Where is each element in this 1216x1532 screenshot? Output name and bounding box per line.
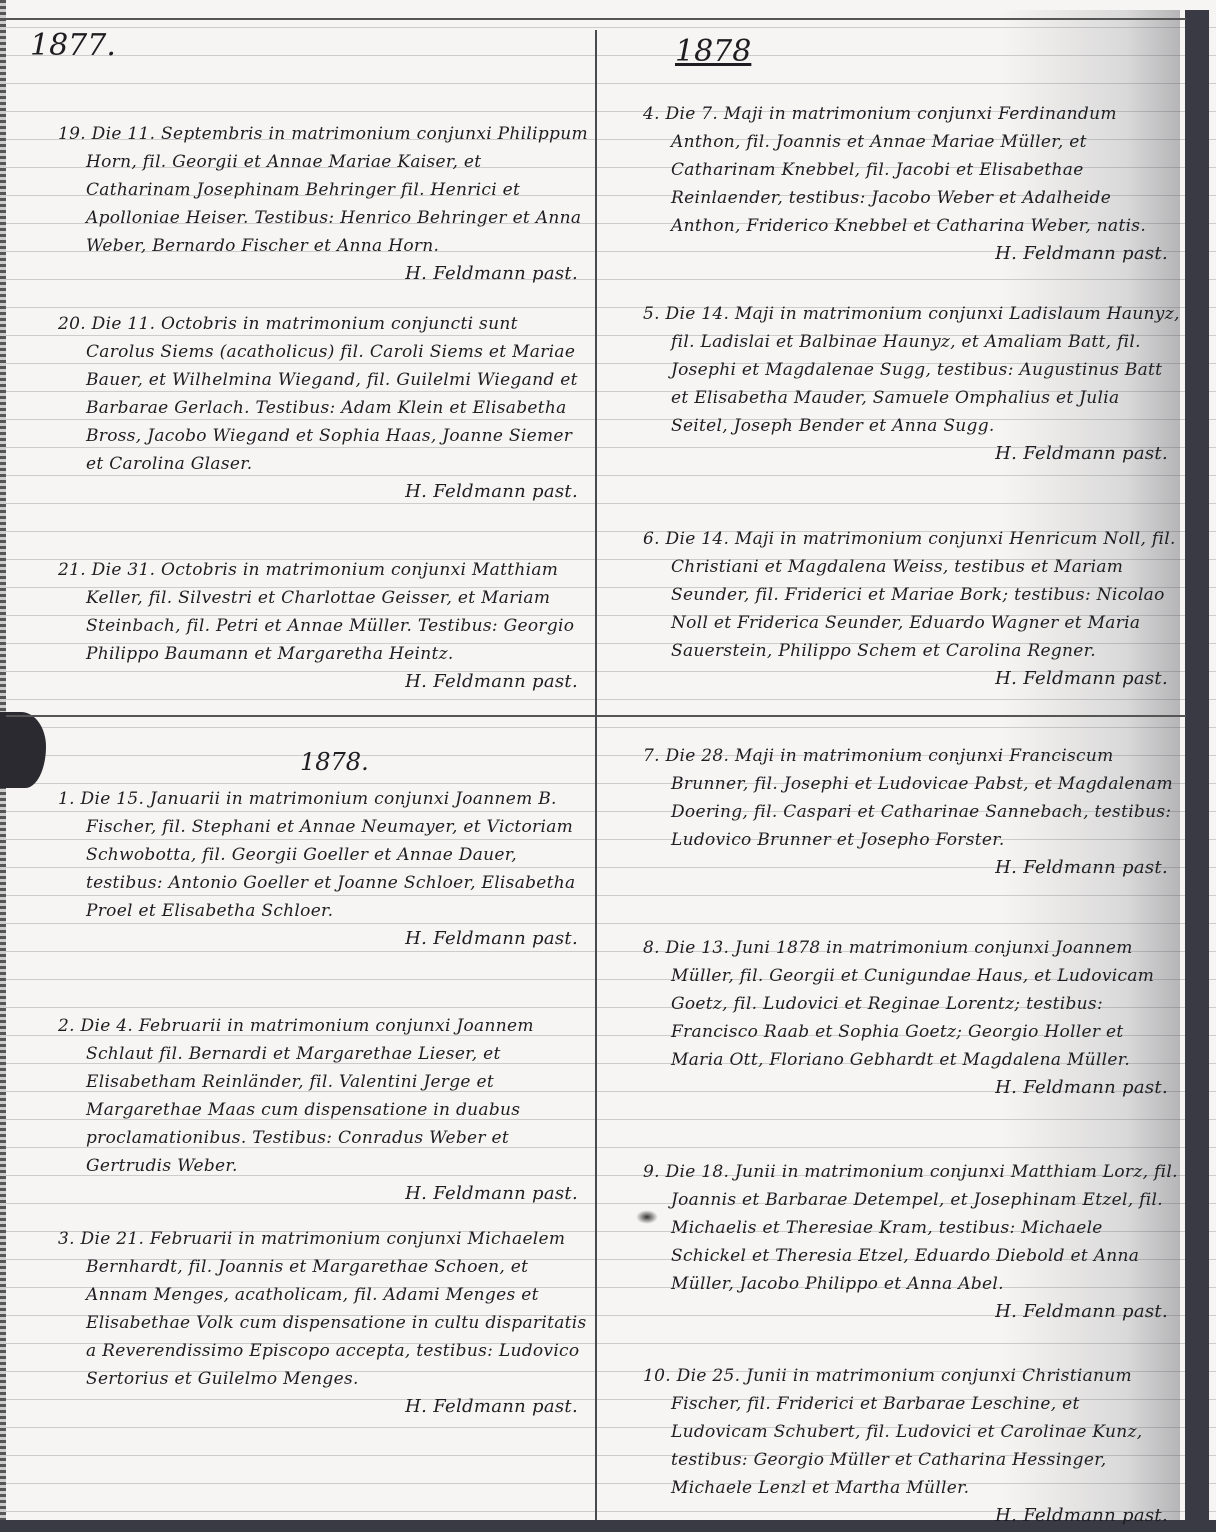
pastor-signature: H. Feldmann past. [615,440,1180,468]
pastor-signature: H. Feldmann past. [615,854,1180,882]
pastor-signature: H. Feldmann past. [615,665,1180,693]
register-entry-1: 1. Die 15. Januarii in matrimonium conju… [30,785,590,953]
pastor-signature: H. Feldmann past. [615,1502,1180,1530]
pastor-signature: H. Feldmann past. [615,240,1180,268]
entry-number: 10. [643,1366,671,1386]
entry-number: 20. [58,314,86,334]
entry-body: 6. Die 14. Maji in matrimonium conjunxi … [615,525,1180,665]
year-header-1878-right: 1878 [675,34,751,69]
entry-number: 7. [643,746,660,766]
entry-text: Die 18. Junii in matrimonium conjunxi Ma… [666,1162,1178,1294]
entry-text: Die 28. Maji in matrimonium conjunxi Fra… [666,746,1173,850]
pastor-signature: H. Feldmann past. [30,1180,590,1208]
entry-text: Die 7. Maji in matrimonium conjunxi Ferd… [666,104,1147,236]
register-entry-4: 4. Die 7. Maji in matrimonium conjunxi F… [615,100,1180,268]
register-entry-6: 6. Die 14. Maji in matrimonium conjunxi … [615,525,1180,693]
entry-number: 21. [58,560,86,580]
entry-text: Die 13. Juni 1878 in matrimonium conjunx… [666,938,1155,1070]
entry-text: Die 14. Maji in matrimonium conjunxi Hen… [666,529,1176,661]
year-header-1878: 1878. [300,748,369,776]
entry-number: 1. [58,789,75,809]
register-entry-8: 8. Die 13. Juni 1878 in matrimonium conj… [615,934,1180,1102]
year-header-1877: 1877. [30,28,116,63]
entry-text: Die 11. Octobris in matrimonium conjunct… [86,314,578,474]
entry-text: Die 25. Junii in matrimonium conjunxi Ch… [671,1366,1143,1498]
entry-body: 3. Die 21. Februarii in matrimonium conj… [30,1225,590,1393]
entry-body: 19. Die 11. Septembris in matrimonium co… [30,120,590,260]
entry-body: 10. Die 25. Junii in matrimonium conjunx… [615,1362,1180,1502]
scan-right-edge [1185,10,1209,1522]
entry-number: 19. [58,124,86,144]
register-entry-21: 21. Die 31. Octobris in matrimonium conj… [30,556,590,696]
entry-body: 2. Die 4. Februarii in matrimonium conju… [30,1012,590,1180]
center-column-divider [595,30,597,1520]
entry-number: 2. [58,1016,75,1036]
left-column: 1877. 19. Die 11. Septembris in matrimon… [30,0,590,1520]
register-entry-19: 19. Die 11. Septembris in matrimonium co… [30,120,590,288]
register-entry-3: 3. Die 21. Februarii in matrimonium conj… [30,1225,590,1421]
register-entry-20: 20. Die 11. Octobris in matrimonium conj… [30,310,590,506]
entry-body: 9. Die 18. Junii in matrimonium conjunxi… [615,1158,1180,1298]
entry-number: 4. [643,104,660,124]
entry-body: 7. Die 28. Maji in matrimonium conjunxi … [615,742,1180,854]
pastor-signature: H. Feldmann past. [30,478,590,506]
pastor-signature: H. Feldmann past. [30,1393,590,1421]
scanned-register-page: 1877. 19. Die 11. Septembris in matrimon… [0,0,1216,1532]
entry-number: 5. [643,304,660,324]
entry-number: 3. [58,1229,75,1249]
entry-text: Die 31. Octobris in matrimonium conjunxi… [86,560,574,664]
entry-text: Die 14. Maji in matrimonium conjunxi Lad… [666,304,1180,436]
entry-body: 8. Die 13. Juni 1878 in matrimonium conj… [615,934,1180,1074]
entry-number: 9. [643,1162,660,1182]
entry-number: 6. [643,529,660,549]
pastor-signature: H. Feldmann past. [30,925,590,953]
entry-text: Die 4. Februarii in matrimonium conjunxi… [81,1016,534,1176]
entry-body: 1. Die 15. Januarii in matrimonium conju… [30,785,590,925]
register-entry-7: 7. Die 28. Maji in matrimonium conjunxi … [615,742,1180,882]
pastor-signature: H. Feldmann past. [615,1298,1180,1326]
pastor-signature: H. Feldmann past. [30,260,590,288]
entry-body: 5. Die 14. Maji in matrimonium conjunxi … [615,300,1180,440]
register-entry-9: 9. Die 18. Junii in matrimonium conjunxi… [615,1158,1180,1326]
register-entry-5: 5. Die 14. Maji in matrimonium conjunxi … [615,300,1180,468]
entry-text: Die 15. Januarii in matrimonium conjunxi… [81,789,576,921]
entry-text: Die 21. Februarii in matrimonium conjunx… [81,1229,587,1389]
entry-number: 8. [643,938,660,958]
pastor-signature: H. Feldmann past. [615,1074,1180,1102]
register-entry-10: 10. Die 25. Junii in matrimonium conjunx… [615,1362,1180,1530]
pastor-signature: H. Feldmann past. [30,668,590,696]
entry-text: Die 11. Septembris in matrimonium conjun… [86,124,588,256]
entry-body: 4. Die 7. Maji in matrimonium conjunxi F… [615,100,1180,240]
entry-body: 20. Die 11. Octobris in matrimonium conj… [30,310,590,478]
register-entry-2: 2. Die 4. Februarii in matrimonium conju… [30,1012,590,1208]
right-column: 1878 4. Die 7. Maji in matrimonium conju… [615,0,1180,1520]
entry-body: 21. Die 31. Octobris in matrimonium conj… [30,556,590,668]
